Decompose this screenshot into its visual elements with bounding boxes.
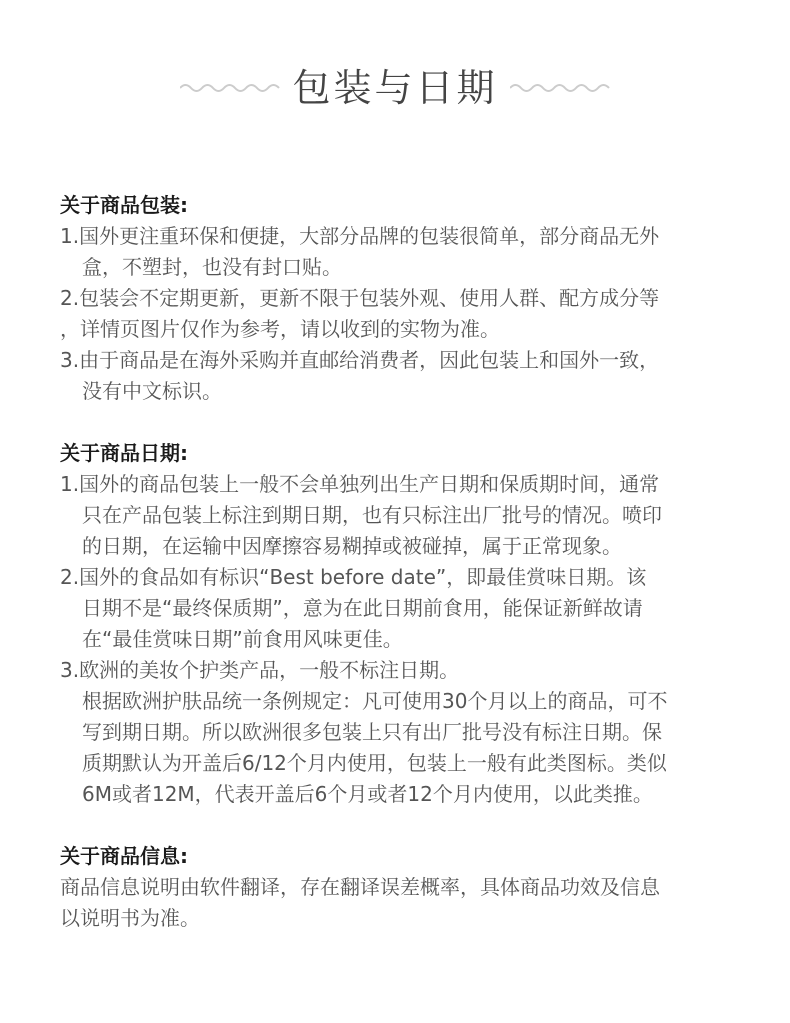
text-line: 盒，不塑封，也没有封口贴。: [60, 252, 740, 283]
section-packaging: 关于商品包装: 1.国外更注重环保和便捷，大部分品牌的包装很简单，部分商品无外 …: [60, 189, 740, 407]
list-item: 2.包装会不定期更新，更新不限于包装外观、使用人群、配方成分等 ，详情页图片仅作…: [60, 283, 740, 345]
wavy-divider-right-icon: [510, 82, 610, 94]
text-line: 3.由于商品是在海外采购并直邮给消费者，因此包装上和国外一致，: [60, 345, 740, 376]
text-line: 1.国外更注重环保和便捷，大部分品牌的包装很简单，部分商品无外: [60, 221, 740, 252]
content: 关于商品包装: 1.国外更注重环保和便捷，大部分品牌的包装很简单，部分商品无外 …: [60, 189, 740, 964]
list-item: 商品信息说明由软件翻译，存在翻译误差概率，具体商品功效及信息 以说明书为准。: [60, 872, 740, 934]
text-line: ，详情页图片仅作为参考，请以收到的实物为准。: [60, 314, 740, 345]
text-line: 6M或者12M，代表开盖后6个月或者12个月内使用，以此类推。: [60, 779, 740, 810]
list-item: 3.欧洲的美妆个护类产品，一般不标注日期。: [60, 655, 740, 686]
text-line: 2.国外的食品如有标识“Best before date”，即最佳赏味日期。该: [60, 562, 740, 593]
text-line: 在“最佳赏味日期”前食用风味更佳。: [60, 624, 740, 655]
section-dates: 关于商品日期: 1.国外的商品包装上一般不会单独列出生产日期和保质期时间，通常 …: [60, 437, 740, 810]
text-line: 以说明书为准。: [60, 903, 740, 934]
text-line: 商品信息说明由软件翻译，存在翻译误差概率，具体商品功效及信息: [60, 872, 740, 903]
text-line: 写到期日期。所以欧洲很多包装上只有出厂批号没有标注日期。保: [60, 717, 740, 748]
text-line: 3.欧洲的美妆个护类产品，一般不标注日期。: [60, 655, 740, 686]
page-title: 包装与日期: [292, 58, 497, 118]
list-item: 2.国外的食品如有标识“Best before date”，即最佳赏味日期。该 …: [60, 562, 740, 655]
text-line: 质期默认为开盖后6/12个月内使用，包装上一般有此类图标。类似: [60, 748, 740, 779]
text-line: 2.包装会不定期更新，更新不限于包装外观、使用人群、配方成分等: [60, 283, 740, 314]
text-line: 日期不是“最终保质期”，意为在此日期前食用，能保证新鲜故请: [60, 593, 740, 624]
section-heading: 关于商品包装:: [60, 189, 740, 221]
list-item: 1.国外的商品包装上一般不会单独列出生产日期和保质期时间，通常 只在产品包装上标…: [60, 469, 740, 562]
list-item: 1.国外更注重环保和便捷，大部分品牌的包装很简单，部分商品无外 盒，不塑封，也没…: [60, 221, 740, 283]
text-line: 1.国外的商品包装上一般不会单独列出生产日期和保质期时间，通常: [60, 469, 740, 500]
section-info: 关于商品信息: 商品信息说明由软件翻译，存在翻译误差概率，具体商品功效及信息 以…: [60, 840, 740, 934]
text-line: 的日期，在运输中因摩擦容易糊掉或被碰掉，属于正常现象。: [60, 531, 740, 562]
text-line: 根据欧洲护肤品统一条例规定：凡可使用30个月以上的商品，可不: [60, 686, 740, 717]
page-header: 包装与日期: [0, 58, 790, 118]
text-line: 没有中文标识。: [60, 376, 740, 407]
text-line: 只在产品包装上标注到期日期，也有只标注出厂批号的情况。喷印: [60, 500, 740, 531]
wavy-divider-left-icon: [180, 82, 280, 94]
list-item: 3.由于商品是在海外采购并直邮给消费者，因此包装上和国外一致， 没有中文标识。: [60, 345, 740, 407]
section-heading: 关于商品信息:: [60, 840, 740, 872]
section-heading: 关于商品日期:: [60, 437, 740, 469]
list-item-note: 根据欧洲护肤品统一条例规定：凡可使用30个月以上的商品，可不 写到期日期。所以欧…: [60, 686, 740, 810]
